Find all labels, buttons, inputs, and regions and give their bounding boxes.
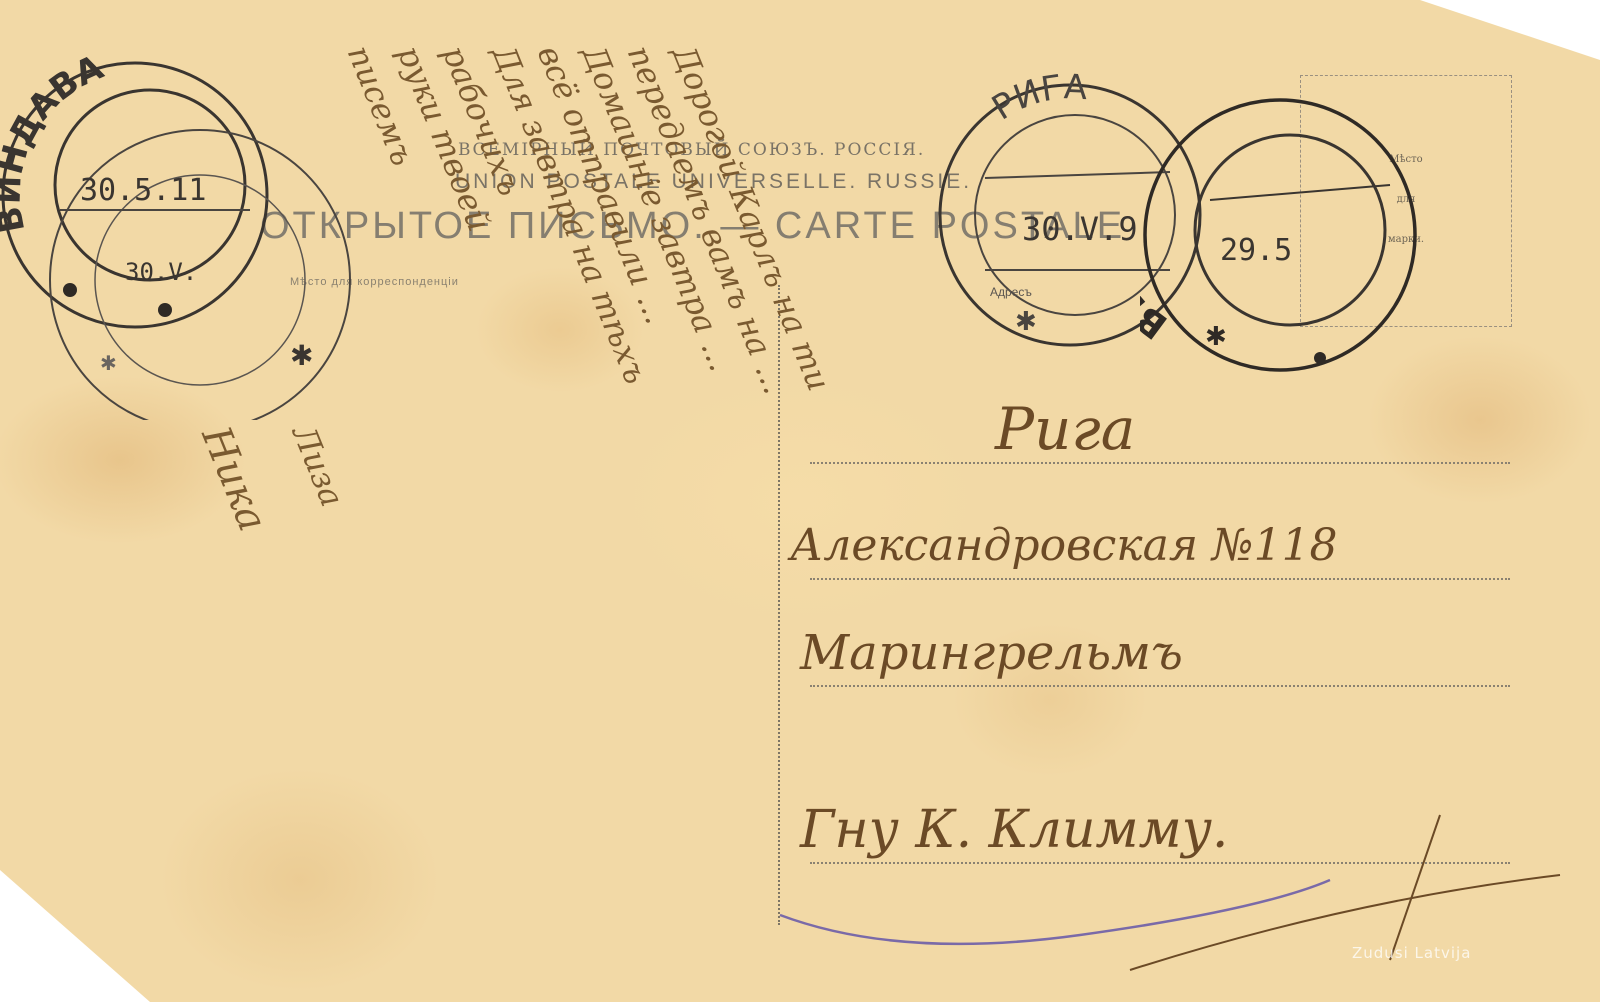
postcard-back: ВСЕМІРНЫЙ ПОЧТОВЫЙ СОЮЗЪ. РОССІЯ. UNION …	[0, 0, 1600, 1002]
watermark: Zudusi Latvija	[1352, 944, 1471, 962]
ink-stroke-icon	[0, 0, 1600, 1002]
